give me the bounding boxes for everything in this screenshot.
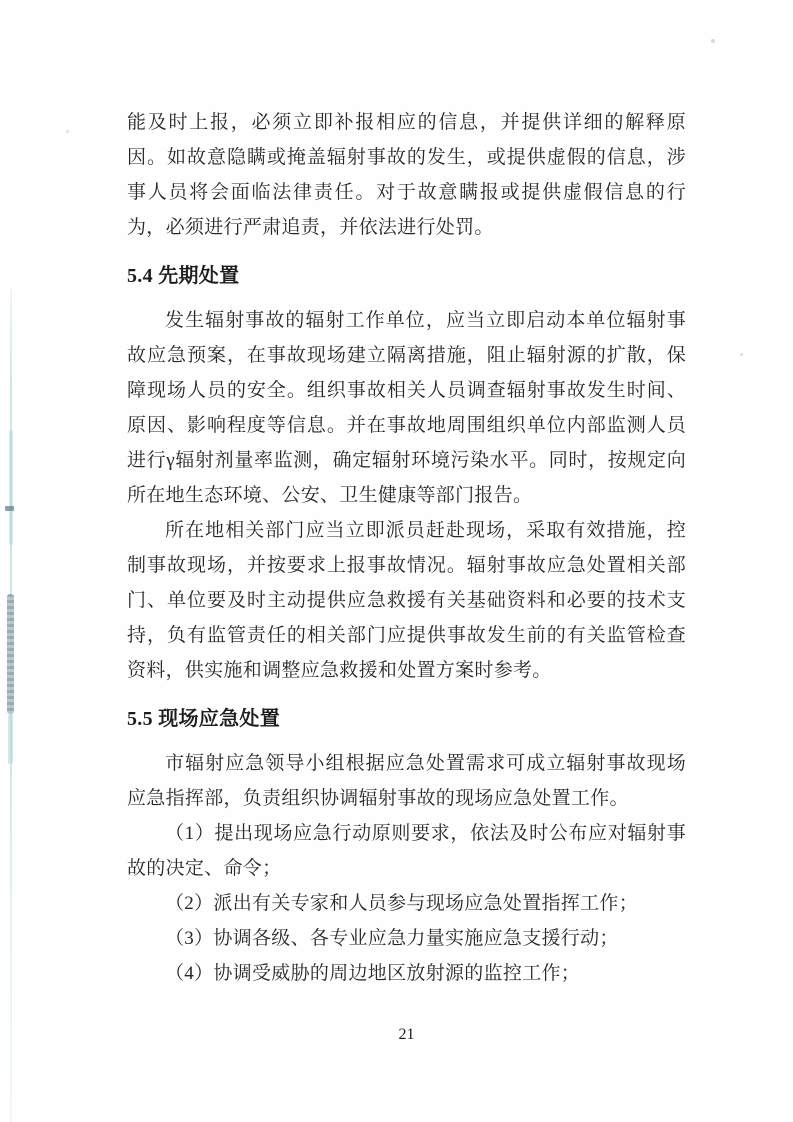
page-number: 21 bbox=[127, 1026, 686, 1044]
scan-speck bbox=[740, 353, 743, 356]
section-5-4-paragraph-1: 发生辐射事故的辐射工作单位，应当立即启动本单位辐射事故应急预案，在事故现场建立隔… bbox=[127, 303, 686, 513]
list-item-1: （1）提出现场应急行动原则要求，依法及时公布应对辐射事故的决定、命令； bbox=[127, 816, 686, 886]
section-5-4-paragraph-2: 所在地相关部门应当立即派员赶赴现场，采取有效措施，控制事故现场，并按要求上报事故… bbox=[127, 513, 686, 688]
list-item-2: （2）派出有关专家和人员参与现场应急处置指挥工作； bbox=[127, 886, 686, 921]
scan-edge-smudge bbox=[9, 430, 13, 545]
list-item-4: （4）协调受威胁的周边地区放射源的监控工作； bbox=[127, 956, 686, 991]
scan-edge-fade bbox=[8, 714, 13, 764]
list-item-3: （3）协调各级、各专业应急力量实施应急支援行动； bbox=[127, 921, 686, 956]
scanned-document-screenshot: { "page_number": "21", "content": { "int… bbox=[0, 0, 793, 1122]
scan-edge-line bbox=[10, 289, 12, 1122]
document-page: 能及时上报，必须立即补报相应的信息，并提供详细的解释原因。如故意隐瞒或掩盖辐射事… bbox=[0, 0, 793, 1122]
page-content: 能及时上报，必须立即补报相应的信息，并提供详细的解释原因。如故意隐瞒或掩盖辐射事… bbox=[127, 105, 686, 991]
paragraph-continuation: 能及时上报，必须立即补报相应的信息，并提供详细的解释原因。如故意隐瞒或掩盖辐射事… bbox=[127, 105, 686, 245]
scan-speck bbox=[66, 130, 69, 133]
scan-edge-dark-tick bbox=[5, 506, 14, 511]
scan-speck bbox=[711, 39, 715, 43]
section-5-5-heading: 5.5 现场应急处置 bbox=[127, 704, 686, 734]
section-5-5-paragraph: 市辐射应急领导小组根据应急处置需求可成立辐射事故现场应急指挥部，负责组织协调辐射… bbox=[127, 746, 686, 816]
scan-edge-dark-streak bbox=[7, 594, 14, 714]
section-5-4-heading: 5.4 先期处置 bbox=[127, 261, 686, 291]
